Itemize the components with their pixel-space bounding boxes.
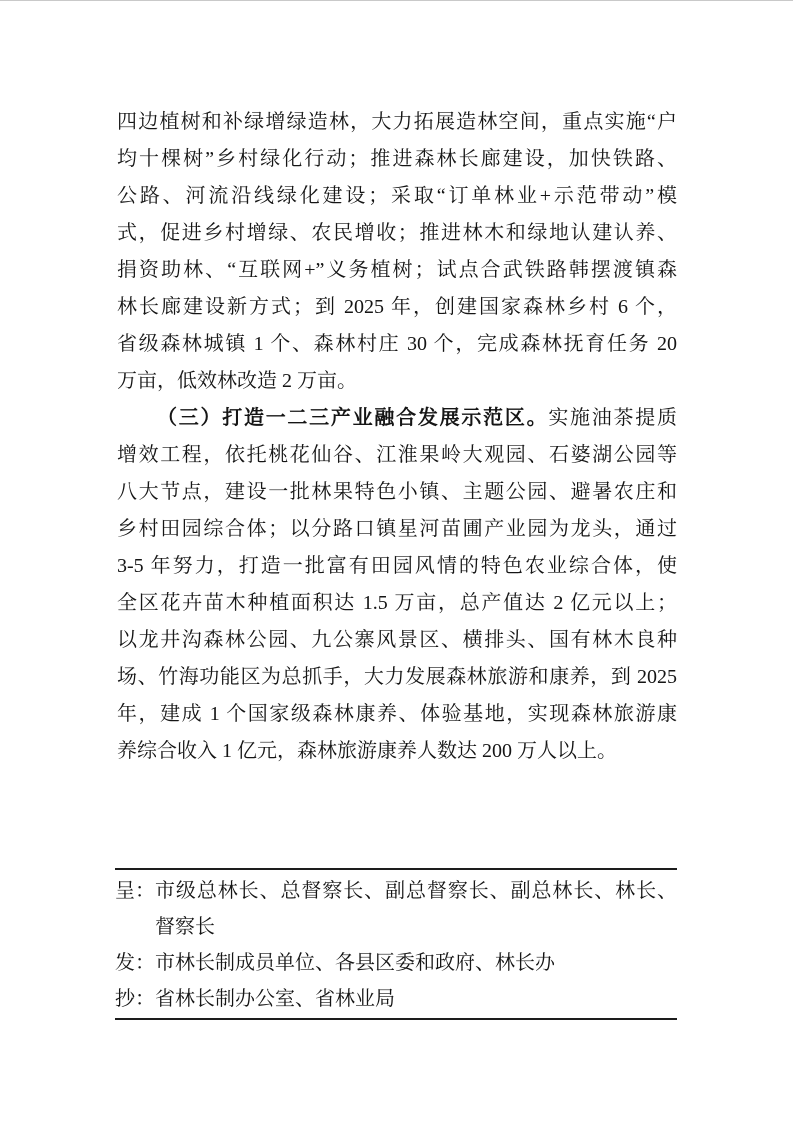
distribution-label: 呈： — [115, 873, 155, 945]
body-text-line: 以龙井沟森林公园、九公寨风景区、横排头、国有林木良种 — [117, 622, 677, 659]
distribution-line: 市林长制成员单位、各县区委和政府、林长办 — [155, 945, 677, 981]
distribution-content: 市级总林长、总督察长、副总督察长、副总林长、林长、 督察长 — [155, 873, 677, 945]
scan-top-edge — [0, 0, 793, 1]
body-text-line: 万亩，低效林改造 2 万亩。 — [117, 363, 677, 400]
distribution-block: 呈： 市级总林长、总督察长、副总督察长、副总林长、林长、 督察长 发： 市林长制… — [115, 868, 677, 1020]
body-text-line: （三）打造一二三产业融合发展示范区。实施油茶提质 — [117, 400, 677, 437]
body-text-line: 公路、河流沿线绿化建设；采取“订单林业+示范带动”模 — [117, 178, 677, 215]
body-text-line: 乡村田园综合体；以分路口镇星河苗圃产业园为龙头，通过 — [117, 511, 677, 548]
body-text-line: 场、竹海功能区为总抓手，大力发展森林旅游和康养，到 2025 — [117, 659, 677, 696]
body-text-line: 均十棵树”乡村绿化行动；推进森林长廊建设，加快铁路、 — [117, 141, 677, 178]
body-text-line: 养综合收入 1 亿元，森林旅游康养人数达 200 万人以上。 — [117, 733, 677, 770]
distribution-line: 市级总林长、总督察长、副总督察长、副总林长、林长、 — [155, 873, 677, 909]
distribution-label: 抄： — [115, 981, 155, 1017]
distribution-row-fa: 发： 市林长制成员单位、各县区委和政府、林长办 — [115, 945, 677, 981]
distribution-content: 市林长制成员单位、各县区委和政府、林长办 — [155, 945, 677, 981]
body-text-line: 年，建成 1 个国家级森林康养、体验基地，实现森林旅游康 — [117, 696, 677, 733]
distribution-row-chao: 抄： 省林长制办公室、省林业局 — [115, 981, 677, 1017]
body-text-line: 捐资助林、“互联网+”义务植树；试点合武铁路韩摆渡镇森 — [117, 252, 677, 289]
distribution-label: 发： — [115, 945, 155, 981]
body-text-line: 3-5 年努力，打造一批富有田园风情的特色农业综合体，使 — [117, 548, 677, 585]
distribution-row-cheng: 呈： 市级总林长、总督察长、副总督察长、副总林长、林长、 督察长 — [115, 873, 677, 945]
body-text-line: 四边植树和补绿增绿造林，大力拓展造林空间，重点实施“户 — [117, 104, 677, 141]
body-text-line: 林长廊建设新方式；到 2025 年，创建国家森林乡村 6 个， — [117, 289, 677, 326]
body-text-line: 增效工程，依托桃花仙谷、江淮果岭大观园、石婆湖公园等 — [117, 437, 677, 474]
document-page: { "page": { "background": "#ffffff", "te… — [0, 0, 793, 1122]
body-text-line: 式，促进乡村增绿、农民增收；推进林木和绿地认建认养、 — [117, 215, 677, 252]
distribution-line: 督察长 — [155, 909, 677, 945]
distribution-line: 省林长制办公室、省林业局 — [155, 981, 677, 1017]
body-text-line: 省级森林城镇 1 个、森林村庄 30 个，完成森林抚育任务 20 — [117, 326, 677, 363]
body-text-line: 八大节点，建设一批林果特色小镇、主题公园、避暑农庄和 — [117, 474, 677, 511]
section-heading: （三）打造一二三产业融合发展示范区。 — [157, 407, 548, 429]
body-text-span: 实施油茶提质 — [548, 407, 677, 429]
body-text-line: 全区花卉苗木种植面积达 1.5 万亩，总产值达 2 亿元以上； — [117, 585, 677, 622]
document-body: 四边植树和补绿增绿造林，大力拓展造林空间，重点实施“户 均十棵树”乡村绿化行动；… — [117, 104, 677, 770]
distribution-content: 省林长制办公室、省林业局 — [155, 981, 677, 1017]
